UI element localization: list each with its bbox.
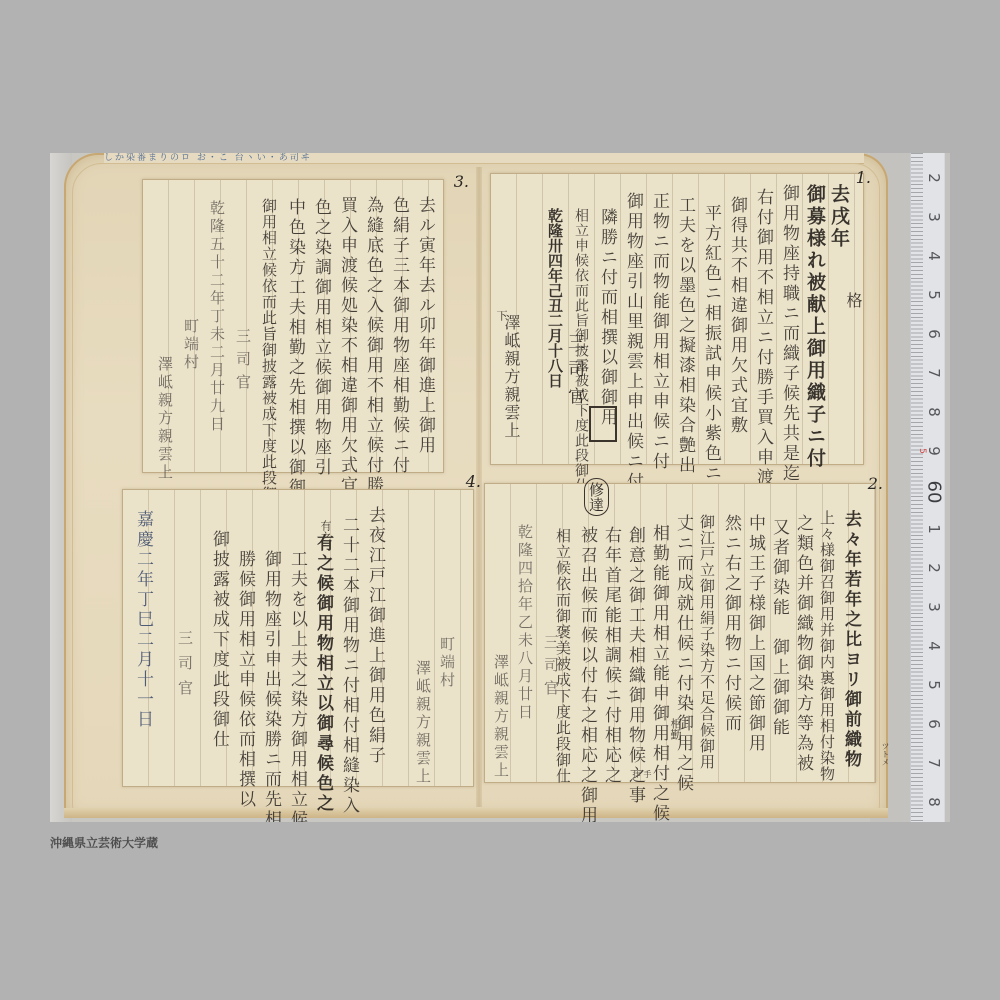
document-photograph: しか染番まりのロ お・こ 台ヽい・あ司ヰ 1. 去戌年 御募様れ被献上御用織子ニ… [50,153,950,822]
notebook-spread: しか染番まりのロ お・こ 台ヽい・あ司ヰ 1. 去戌年 御募様れ被献上御用織子ニ… [64,153,888,818]
ruler-red-mark: 5 [917,442,927,460]
letter-line: 去戌年 [827,184,851,250]
ruler-label: 7 [925,364,943,382]
letter-line: 正物ニ而物能御用相立申候ニ付 [647,192,671,472]
letter-line: 然ニ右之御用物ニ付候而 [719,514,743,734]
ruler-label: 3 [925,208,943,226]
page-number: 1. [856,168,871,187]
letter-line: 御用物座引山里親雲上申出候ニ付 [621,192,645,492]
letter-line: 平方紅色ニ相振試申候小紫色ニ [699,204,723,484]
page-number: 4. [466,472,481,491]
letter-1: 1. 去戌年 御募様れ被献上御用織子ニ付 御用物座持職ニ而織子候先共是迄 右付御… [490,173,864,465]
letter-date: 乾隆五十二年丁未二月廿九日 [205,200,229,434]
letter-line: 御用物座持職ニ而織子候先共是迄 [777,184,801,484]
margin-note: ツトメ [880,742,891,766]
ruler-label: 2 [925,559,943,577]
page-bottom-edge [64,808,888,818]
letter-line: 御披露被成下度此段御仕 [207,530,231,750]
collection-credit-caption: 沖縄県立芸術大学蔵 [50,834,158,851]
ruler-label: 60 [924,481,945,499]
letter-line: 創意之御工夫相織御用物候之事 [623,526,647,806]
letter-sender: 三司官 [231,328,255,397]
letter-line: 御用相立候依而此旨御披露被成下度此段御仕 [257,198,281,518]
letter-4: 4. 町端村 澤岻親方親雲上 去夜江戸江御進上御用色絹子 二十二本御用物ニ付相付… [122,489,474,787]
ruler-label: 4 [925,637,943,655]
ruler-label: 6 [925,325,943,343]
letter-date: 嘉慶二年丁巳二月十一日 [131,510,155,730]
letter-note: 有之 [317,520,333,542]
letter-line: 被召出候而候以付右之相応之御用 [575,526,599,822]
letter-line: 去ル寅年去ル卯年御進上御用 [413,196,437,456]
ruler-label: 9 [925,442,943,460]
letter-date: 乾隆四拾年乙未八月廿日 [513,524,537,722]
letter-line: 中城王子様御上国之節御用 [743,514,767,754]
page-number: 3. [454,172,469,191]
ruler-label: 1 [925,520,943,538]
letter-recipient: 澤岻親方親雲上 [489,654,513,780]
letter-line: 去々年若年之比ヨリ御前織物 [839,510,863,770]
side-note: 相勤 [667,718,683,740]
ruler-label: 6 [925,715,943,733]
letter-recipient: 澤岻親方親雲上 [499,314,523,440]
ruler-label: 5 [925,676,943,694]
letter-recipient: 澤岻親方親雲上 [411,660,435,786]
bottom-note: 手拝 [631,770,653,782]
letter-village: 町端村 [179,318,203,372]
ruler-ticks [911,153,923,822]
ruler-label: 5 [925,286,943,304]
measuring-ruler: 2 3 4 5 6 7 8 9 5 60 1 2 3 4 5 6 7 8 [910,153,945,822]
letter-line: 為縫底色之入候御用不相立候付勝手 [361,196,385,516]
letter-line: 隣勝ニ付而相撰以御御用 [595,208,619,428]
letter-recipient: 澤岻親方親雲上 [153,356,177,482]
letter-line: 右年首尾能相調候ニ付相応之 [599,526,623,786]
letter-line: 勝候御用相立申候依而相撰以 [233,550,257,810]
circle-mark: 修達 [584,478,609,516]
letter-2: 2. 去々年若年之比ヨリ御前織物 上々様御召御用并御内裏御用相付染物 之類色并御… [484,483,876,783]
letter-sender: 三司官 [173,630,197,705]
letter-3: 3. 去ル寅年去ル卯年御進上御用 色絹子三本御用物座相勤候ニ付 為縫底色之入候御… [142,179,444,473]
letter-line: 有之候御用物相立以御尋候色之 [311,534,335,814]
letter-line: 工夫を以上夫之染方御用相立候 [285,550,309,822]
letter-line: 御募様れ被献上御用織子ニ付 [803,184,827,470]
ruler-label: 8 [925,403,943,421]
seal-box [589,406,617,442]
letter-line: 御用物座引申出候染勝ニ而先相 [259,550,283,822]
letter-line: 之類色并御織物御染方等為被 [791,514,815,774]
letter-sender: 三司官 [539,634,563,703]
letter-line: 御江戸立御用絹子染方不足合候御用 [695,514,719,770]
letter-1-sender: 三司官 [562,333,587,414]
letter-line: 二十二本御用物ニ付相付相縫染入 [337,516,361,816]
letter-line: 色絹子三本御用物座相勤候ニ付 [387,196,411,476]
letter-line: 工夫を以墨色之擬漆相染合艶出 [673,196,697,476]
letter-line: 右付御用不相立ニ付勝手買入申渡 [751,188,775,488]
letter-line: 買入申渡候処染不相違御用欠式宜敷 [335,196,359,516]
letter-line: 上々様御召御用并御内裏御用相付染物 [815,510,839,782]
letter-line: 中色染方工夫相勤之先相撰以御御用 [283,198,307,518]
ruler-label: 8 [925,793,943,811]
letter-note: 格 [842,292,865,308]
letter-village: 町端村 [435,636,459,690]
letter-line: 去夜江戸江御進上御用色絹子 [363,506,387,766]
letter-line: 色之染調御用相立候御用物座引 [309,198,333,478]
letter-line: 丈ニ而成就仕候ニ付染御用之候 [671,514,695,794]
letter-line: 又者御染能 御上御御能 [767,518,791,738]
recipient-prefix: 下 [493,310,509,321]
ruler-label: 2 [925,169,943,187]
ruler-label: 3 [925,598,943,616]
ruler-label: 4 [925,247,943,265]
page-number: 2. [868,474,883,493]
letter-line: 御得共不相違御用欠式宜敷 [725,196,749,436]
ruler-label: 7 [925,754,943,772]
